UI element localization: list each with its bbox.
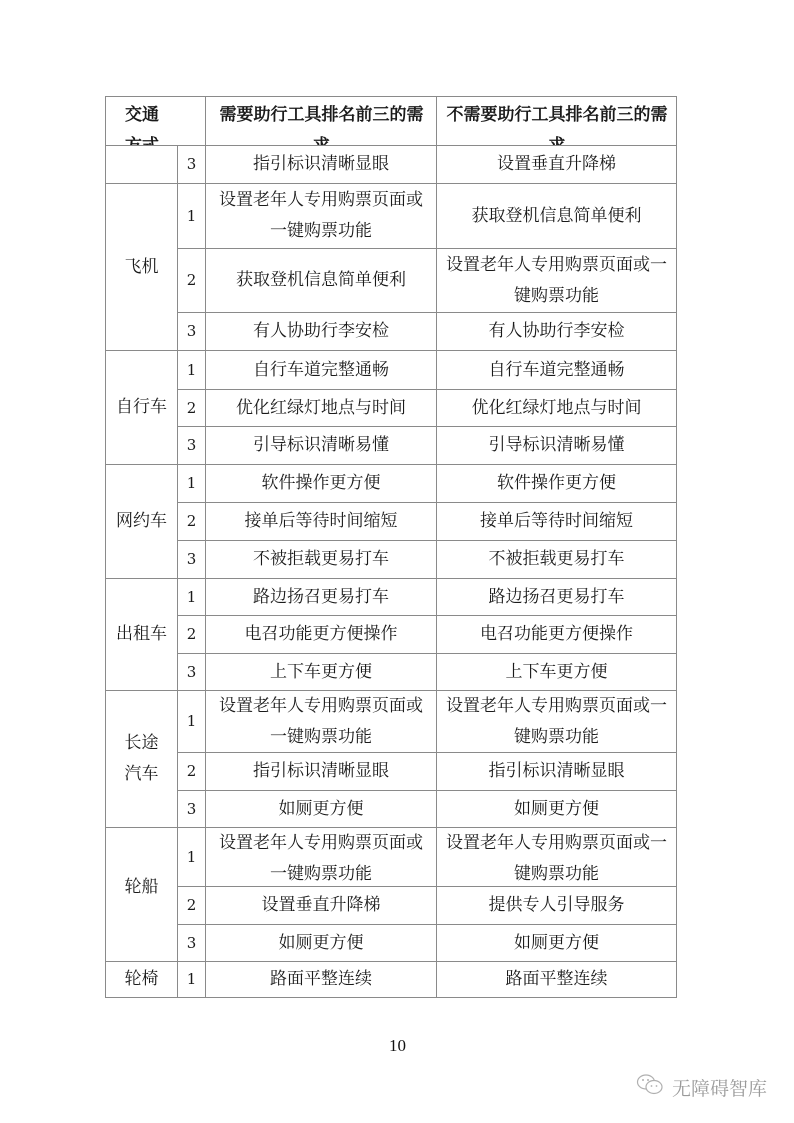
need-cell: 指引标识清晰显眼 — [206, 146, 436, 183]
watermark-text: 无障碍智库 — [672, 1074, 767, 1101]
rank-cell: 1 — [178, 465, 205, 502]
noneed-cell: 不被拒载更易打车 — [437, 541, 676, 578]
header-noneed: 不需要助行工具排名前三的需求 — [437, 97, 677, 145]
need-cell: 路面平整连续 — [206, 962, 436, 997]
need-cell: 如厕更方便 — [206, 791, 436, 827]
need-cell: 有人协助行李安检 — [206, 313, 436, 350]
need-cell: 路边扬召更易打车 — [206, 579, 436, 615]
noneed-cell: 设置老年人专用购票页面或一键购票功能 — [437, 828, 676, 886]
rank-cell: 1 — [178, 351, 205, 389]
noneed-cell: 如厕更方便 — [437, 791, 676, 827]
mode-cell-continued — [106, 146, 177, 183]
rank-cell: 2 — [178, 249, 205, 312]
watermark: 无障碍智库 — [636, 1073, 767, 1102]
rank-cell: 3 — [178, 427, 205, 464]
noneed-cell: 设置老年人专用购票页面或一键购票功能 — [437, 249, 676, 312]
need-cell: 软件操作更方便 — [206, 465, 436, 502]
rank-cell: 2 — [178, 753, 205, 790]
need-cell: 指引标识清晰显眼 — [206, 753, 436, 790]
need-cell: 引导标识清晰易懂 — [206, 427, 436, 464]
need-cell: 优化红绿灯地点与时间 — [206, 390, 436, 426]
rank-cell: 1 — [178, 691, 205, 752]
rank-cell: 1 — [178, 828, 205, 886]
noneed-cell: 软件操作更方便 — [437, 465, 676, 502]
need-cell: 设置老年人专用购票页面或一键购票功能 — [206, 828, 436, 886]
noneed-cell: 电召功能更方便操作 — [437, 616, 676, 653]
need-cell: 自行车道完整通畅 — [206, 351, 436, 389]
rank-cell: 2 — [178, 503, 205, 540]
noneed-cell: 自行车道完整通畅 — [437, 351, 676, 389]
need-cell: 获取登机信息简单便利 — [206, 249, 436, 312]
rank-cell: 2 — [178, 887, 205, 924]
need-cell: 上下车更方便 — [206, 654, 436, 690]
mode-cell-bicycle: 自行车 — [106, 351, 177, 464]
divider — [177, 97, 178, 145]
wechat-icon — [636, 1073, 664, 1102]
mode-cell-wheelchair: 轮椅 — [106, 962, 177, 997]
rank-cell: 1 — [178, 184, 205, 248]
rank-cell: 2 — [178, 616, 205, 653]
noneed-cell: 获取登机信息简单便利 — [437, 184, 676, 248]
noneed-cell: 引导标识清晰易懂 — [437, 427, 676, 464]
noneed-cell: 提供专人引导服务 — [437, 887, 676, 924]
rank-cell: 3 — [178, 146, 205, 183]
page-number: 10 — [389, 1036, 406, 1056]
header-mode: 交通方式 — [106, 97, 178, 145]
noneed-cell: 上下车更方便 — [437, 654, 676, 690]
noneed-cell: 指引标识清晰显眼 — [437, 753, 676, 790]
noneed-cell: 优化红绿灯地点与时间 — [437, 390, 676, 426]
mode-cell-airplane: 飞机 — [106, 184, 177, 350]
need-cell: 设置垂直升降梯 — [206, 887, 436, 924]
need-cell: 电召功能更方便操作 — [206, 616, 436, 653]
rank-cell: 3 — [178, 313, 205, 350]
need-cell: 如厕更方便 — [206, 925, 436, 961]
rank-cell: 3 — [178, 791, 205, 827]
need-cell: 接单后等待时间缩短 — [206, 503, 436, 540]
header-need: 需要助行工具排名前三的需求 — [206, 97, 437, 145]
rank-cell: 3 — [178, 654, 205, 690]
need-cell: 设置老年人专用购票页面或一键购票功能 — [206, 691, 436, 752]
needs-table: 交通方式 需要助行工具排名前三的需求 不需要助行工具排名前三的需求 飞机 自行车… — [105, 96, 677, 998]
rank-cell: 2 — [178, 390, 205, 426]
mode-cell-ship: 轮船 — [106, 828, 177, 961]
noneed-cell: 设置垂直升降梯 — [437, 146, 676, 183]
mode-cell-ride-hailing: 网约车 — [106, 465, 177, 578]
noneed-cell: 设置老年人专用购票页面或一键购票功能 — [437, 691, 676, 752]
need-cell: 设置老年人专用购票页面或一键购票功能 — [206, 184, 436, 248]
noneed-cell: 如厕更方便 — [437, 925, 676, 961]
rank-cell: 1 — [178, 579, 205, 615]
rank-cell: 3 — [178, 925, 205, 961]
rank-cell: 3 — [178, 541, 205, 578]
noneed-cell: 接单后等待时间缩短 — [437, 503, 676, 540]
mode-cell-taxi: 出租车 — [106, 579, 177, 690]
noneed-cell: 路面平整连续 — [437, 962, 676, 997]
rank-cell: 1 — [178, 962, 205, 997]
mode-cell-long-distance-bus: 长途汽车 — [106, 691, 177, 827]
noneed-cell: 路边扬召更易打车 — [437, 579, 676, 615]
need-cell: 不被拒载更易打车 — [206, 541, 436, 578]
noneed-cell: 有人协助行李安检 — [437, 313, 676, 350]
